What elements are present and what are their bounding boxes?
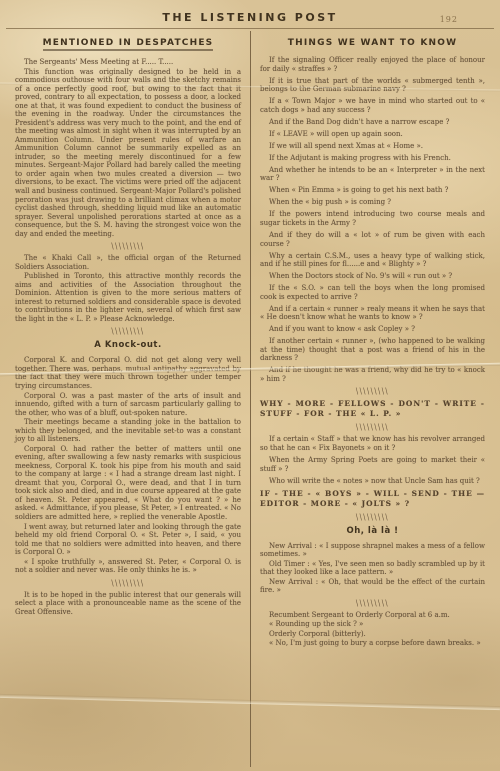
subheading-knockout: A Knock-out. — [15, 340, 241, 350]
dialogue-line: « No, I'm just going to bury a corpse be… — [260, 639, 485, 648]
article-paragraph: Corporal O. was a past master of the art… — [15, 392, 241, 418]
want-to-know-list: If the signaling Officer really enjoyed … — [260, 56, 485, 383]
want-to-know-item: If we will all spend next Xmas at « Home… — [260, 142, 485, 151]
ornament-divider: \\\\\\\\\ — [260, 422, 485, 432]
masthead-rule — [6, 28, 494, 29]
want-to-know-item: If the signaling Officer really enjoyed … — [260, 56, 485, 73]
want-to-know-item: And if they do will a « lot » of rum be … — [260, 231, 485, 248]
article-paragraph: The Sergeants' Mess Meeting at F..... T.… — [15, 58, 241, 67]
khaki-call-article: The « Khaki Call », the official organ o… — [15, 254, 241, 323]
dialogue-line: Orderly Corporal (bitterly). — [260, 630, 485, 639]
masthead-title: THE LISTENING POST — [0, 0, 500, 24]
want-to-know-item: When the Army Spring Poets are going to … — [260, 456, 485, 473]
want-to-know-item: If the powers intend introducing two cou… — [260, 210, 485, 227]
despatches-article: The Sergeants' Mess Meeting at F..... T.… — [15, 58, 241, 238]
want-to-know-item: When the Doctors stock of No. 9's will «… — [260, 272, 485, 281]
want-to-know-item: When the « big push » is coming ? — [260, 198, 485, 207]
article-paragraph: This function was originally designed to… — [15, 68, 241, 239]
want-to-know-item: And if the Band Dog didn't have a narrow… — [260, 118, 485, 127]
shout-more-fellows: WHY - MORE - FELLOWS - DON'T - WRITE - S… — [260, 399, 485, 419]
left-column: MENTIONED IN DESPATCHES The Sergeants' M… — [6, 31, 250, 767]
article-paragraph: Their meetings became a standing joke in… — [15, 418, 241, 444]
want-to-know-item: If it is true that part of the worlds « … — [260, 77, 485, 94]
dialogue-line: New Arrival : « Oh, that would be the ef… — [260, 578, 485, 595]
want-to-know-item: Why a certain C.S.M., uses a heavy type … — [260, 252, 485, 269]
want-to-know-item: If the « S.O. » can tell the boys when t… — [260, 284, 485, 301]
article-paragraph: Corporal O. had rather the better of mat… — [15, 445, 241, 522]
oh-la-la-dialogue: New Arrival : « I suppose shrapnel makes… — [260, 542, 485, 595]
want-to-know-item: Who will write the « notes » now that Un… — [260, 477, 485, 486]
want-to-know-item: And if you want to know « ask Copley » ? — [260, 325, 485, 334]
subheading-oh-la-la: Oh, là là ! — [260, 526, 485, 536]
closing-note: It is to be hoped in the public interest… — [15, 591, 241, 617]
want-to-know-item: If the Adjutant is making progress with … — [260, 154, 485, 163]
right-column: THINGS WE WANT TO KNOW If the signaling … — [250, 31, 494, 767]
dialogue-line: Recumbent Sergeant to Orderly Corporal a… — [260, 611, 485, 620]
article-paragraph: Published in Toronto, this attractive mo… — [15, 272, 241, 323]
more-questions-list: If a certain « Staff » that we know has … — [260, 435, 485, 485]
ornament-divider: \\\\\\\\\ — [260, 511, 485, 521]
ornament-divider: \\\\\\\\\ — [260, 386, 485, 396]
dialogue-line: New Arrival : « I suppose shrapnel makes… — [260, 542, 485, 559]
want-to-know-item: If a « Town Major » we have in mind who … — [260, 97, 485, 114]
want-to-know-item: And whether he intends to be an « Interp… — [260, 166, 485, 183]
section-heading-mentioned-in-despatches: MENTIONED IN DESPATCHES — [15, 38, 241, 51]
want-to-know-item: And if a certain « runner » realy means … — [260, 305, 485, 322]
want-to-know-item: And if he thought he was a friend, why d… — [260, 366, 485, 383]
ornament-divider: \\\\\\\\\ — [15, 241, 241, 251]
newspaper-page: THE LISTENING POST 192 MENTIONED IN DESP… — [0, 0, 500, 771]
section-heading-things-we-want-to-know: THINGS WE WANT TO KNOW — [260, 38, 485, 49]
ornament-divider: \\\\\\\\\ — [15, 577, 241, 587]
want-to-know-item: If a certain « Staff » that we know has … — [260, 435, 485, 452]
article-paragraph: « I spoke truthfully », answered St. Pet… — [15, 558, 241, 575]
dialogue-line: Old Timer : « Yes, I've seen men so badl… — [260, 560, 485, 577]
ornament-divider: \\\\\\\\\ — [15, 326, 241, 336]
want-to-know-item: If another certain « runner », (who happ… — [260, 337, 485, 363]
columns-container: MENTIONED IN DESPATCHES The Sergeants' M… — [0, 29, 500, 767]
knockout-article: Corporal K. and Corporal O. did not get … — [15, 356, 241, 574]
section-heading-label: THINGS WE WANT TO KNOW — [288, 38, 457, 49]
ornament-divider: \\\\\\\\\ — [260, 598, 485, 608]
page-number: 192 — [440, 15, 458, 24]
shout-jolts: IF - THE - « BOYS » - WILL - SEND - THE … — [260, 489, 485, 509]
want-to-know-item: If « LEAVE » will open up again soon. — [260, 130, 485, 139]
article-paragraph: I went away, but returned later and look… — [15, 523, 241, 557]
section-heading-label: MENTIONED IN DESPATCHES — [43, 38, 214, 51]
orderly-dialogue: Recumbent Sergeant to Orderly Corporal a… — [260, 611, 485, 648]
want-to-know-item: When « Pin Emma » is going to get his ne… — [260, 186, 485, 195]
dialogue-line: « Rounding up the sick ? » — [260, 620, 485, 629]
article-paragraph: Corporal K. and Corporal O. did not get … — [15, 356, 241, 390]
article-paragraph: The « Khaki Call », the official organ o… — [15, 254, 241, 271]
